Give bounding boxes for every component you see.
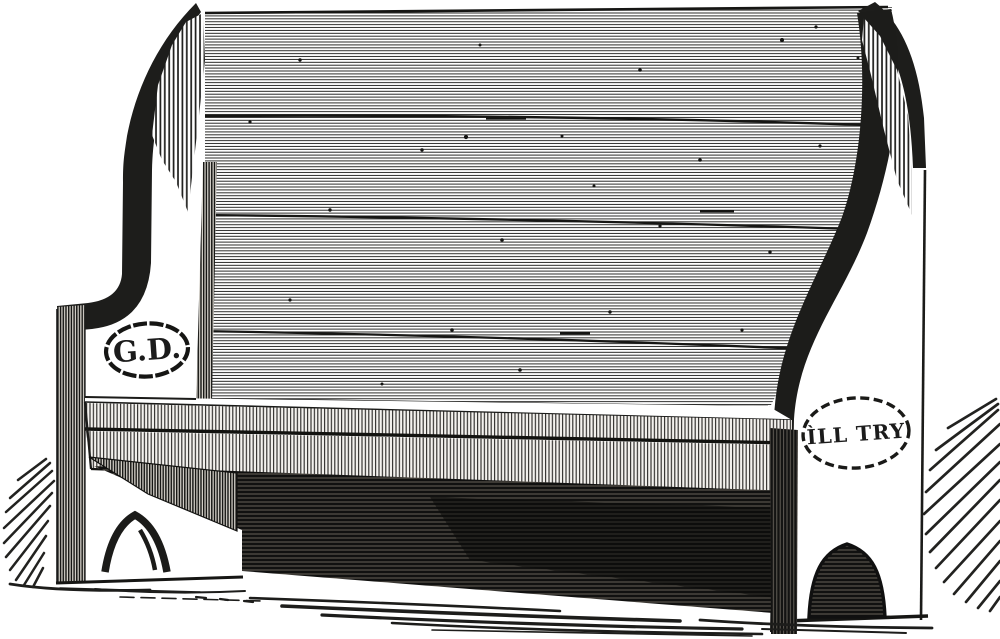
right-post [770, 428, 798, 634]
left-stamp-text: G.D. [112, 331, 182, 370]
bench-illustration: G.D. ÌLL TRY [0, 0, 1000, 639]
left-post [57, 305, 85, 583]
engraving-canvas: G.D. ÌLL TRY [0, 0, 1000, 639]
